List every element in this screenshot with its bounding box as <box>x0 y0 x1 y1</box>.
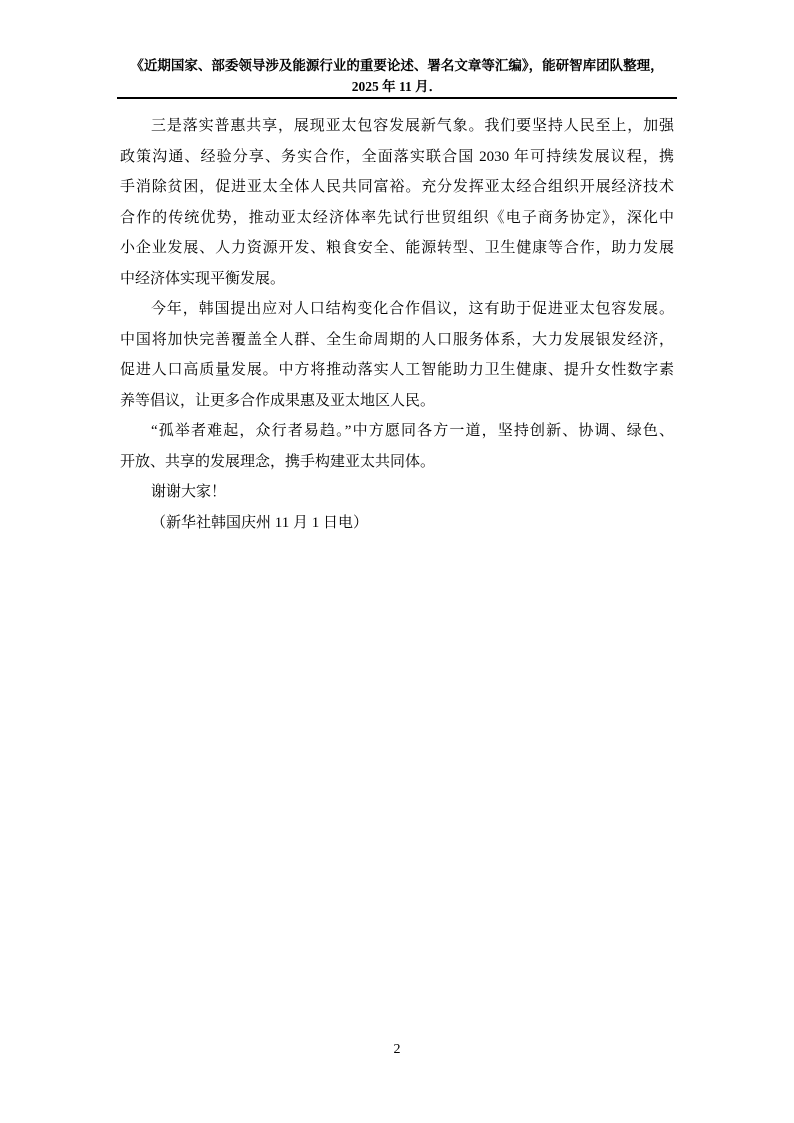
text-line: 小企业发展、人力资源开发、粮食安全、能源转型、卫生健康等合作，助力发展 <box>120 233 674 264</box>
paragraph: 三是落实普惠共享，展现亚太包容发展新气象。我们要坚持人民至上，加强政策沟通、经验… <box>120 111 674 294</box>
text-line: 合作的传统优势，推动亚太经济体率先试行世贸组织《电子商务协定》，深化中 <box>120 203 674 234</box>
paragraph: 谢谢大家！ <box>120 477 674 508</box>
text-line: 谢谢大家！ <box>120 477 674 508</box>
text-line: 今年，韩国提出应对人口结构变化合作倡议，这有助于促进亚太包容发展。 <box>120 294 674 325</box>
page-number: 2 <box>394 1042 401 1057</box>
header-text-line2: 2025 年 11 月． <box>117 76 677 97</box>
paragraph: （新华社韩国庆州 11 月 1 日电） <box>120 508 674 539</box>
header-text-line1: 《近期国家、部委领导涉及能源行业的重要论述、署名文章等汇编》，能研智库团队整理， <box>117 55 677 76</box>
text-line: （新华社韩国庆州 11 月 1 日电） <box>120 508 674 539</box>
text-line: 中经济体实现平衡发展。 <box>120 264 674 295</box>
text-line: 中国将加快完善覆盖全人群、全生命周期的人口服务体系，大力发展银发经济， <box>120 325 674 356</box>
page-footer: 2 <box>0 1040 794 1060</box>
text-line: 手消除贫困，促进亚太全体人民共同富裕。充分发挥亚太经合组织开展经济技术 <box>120 172 674 203</box>
page-header: 《近期国家、部委领导涉及能源行业的重要论述、署名文章等汇编》，能研智库团队整理，… <box>117 55 677 99</box>
document-body: 三是落实普惠共享，展现亚太包容发展新气象。我们要坚持人民至上，加强政策沟通、经验… <box>120 111 674 538</box>
text-line: 三是落实普惠共享，展现亚太包容发展新气象。我们要坚持人民至上，加强 <box>120 111 674 142</box>
text-line: 养等倡议，让更多合作成果惠及亚太地区人民。 <box>120 386 674 417</box>
text-line: 政策沟通、经验分享、务实合作，全面落实联合国 2030 年可持续发展议程，携 <box>120 142 674 173</box>
text-line: 开放、共享的发展理念，携手构建亚太共同体。 <box>120 447 674 478</box>
paragraph: 今年，韩国提出应对人口结构变化合作倡议，这有助于促进亚太包容发展。中国将加快完善… <box>120 294 674 416</box>
document-page: 《近期国家、部委领导涉及能源行业的重要论述、署名文章等汇编》，能研智库团队整理，… <box>0 0 794 1123</box>
paragraph: “孤举者难起，众行者易趋。”中方愿同各方一道，坚持创新、协调、绿色、开放、共享的… <box>120 416 674 477</box>
text-line: “孤举者难起，众行者易趋。”中方愿同各方一道，坚持创新、协调、绿色、 <box>120 416 674 447</box>
text-line: 促进人口高质量发展。中方将推动落实人工智能助力卫生健康、提升女性数字素 <box>120 355 674 386</box>
